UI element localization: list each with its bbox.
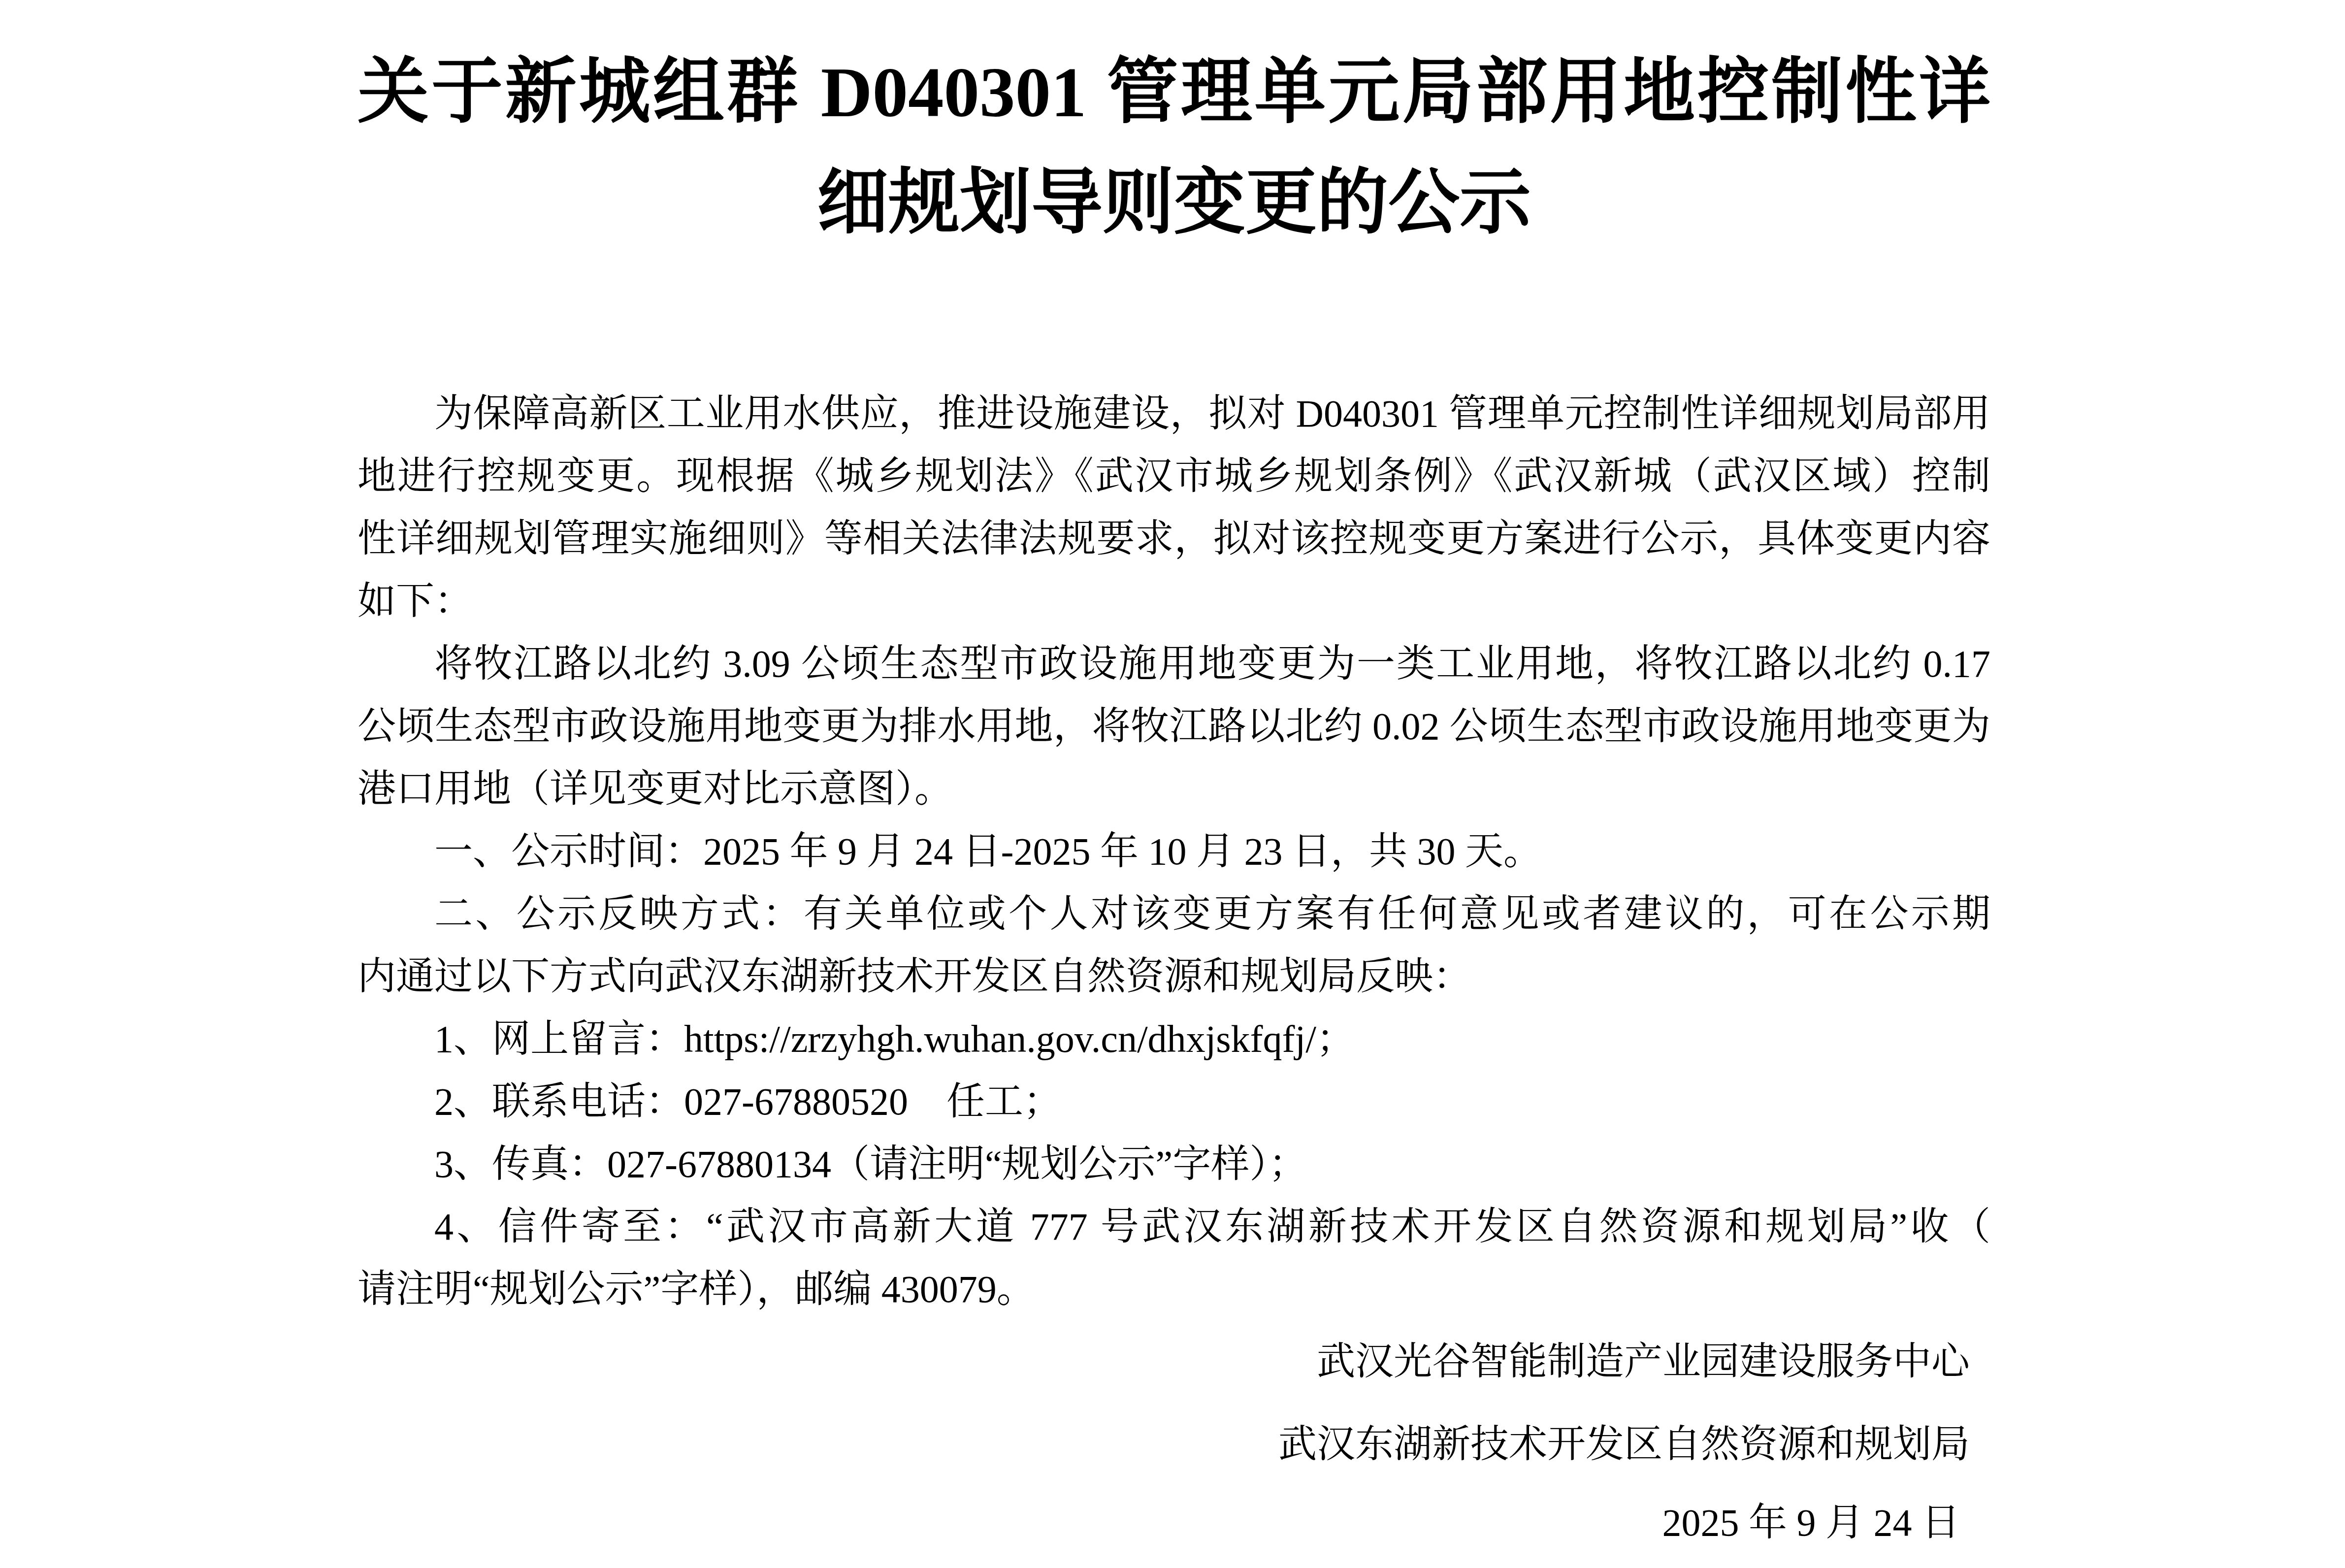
document-title: 关于新城组群 D040301 管理单元局部用地控制性详 细规划导则变更的公示 — [358, 0, 1990, 259]
body-line-11-online-message-url: 1、网上留言：https://zrzyhgh.wuhan.gov.cn/dhxj… — [358, 1008, 1990, 1070]
body-line-6: 公顷生态型市政设施用地变更为排水用地，将牧江路以北约 0.02 公顷生态型市政设… — [358, 695, 1990, 757]
body-line-7: 港口用地（详见变更对比示意图）。 — [358, 757, 1990, 820]
body-line-12-contact-phone: 2、联系电话：027-67880520 任工； — [358, 1070, 1990, 1133]
document-content: 关于新城组群 D040301 管理单元局部用地控制性详 细规划导则变更的公示 为… — [358, 0, 1990, 1560]
body-line-13-fax-number: 3、传真：027-67880134（请注明“规划公示”字样）； — [358, 1133, 1990, 1195]
document-title-line-1: 关于新城组群 D040301 管理单元局部用地控制性详 — [358, 37, 1990, 148]
body-line-15-postal-code: 请注明“规划公示”字样），邮编 430079。 — [358, 1258, 1990, 1320]
body-line-2: 地进行控规变更。现根据《城乡规划法》《武汉市城乡规划条例》《武汉新城（武汉区域）… — [358, 445, 1990, 507]
document-title-line-2: 细规划导则变更的公示 — [358, 148, 1990, 259]
signature-block: 武汉光谷智能制造产业园建设服务中心 武汉东湖新技术开发区自然资源和规划局 202… — [358, 1320, 1990, 1560]
body-line-1: 为保障高新区工业用水供应，推进设施建设，拟对 D040301 管理单元控制性详细… — [358, 382, 1990, 445]
notice-document-page: 关于新城组群 D040301 管理单元局部用地控制性详 细规划导则变更的公示 为… — [0, 0, 2345, 1568]
signature-line-1: 武汉光谷智能制造产业园建设服务中心 — [358, 1320, 1990, 1403]
body-line-9: 二、公示反映方式：有关单位或个人对该变更方案有任何意见或者建议的，可在公示期 — [358, 882, 1990, 945]
body-line-14-mail-address: 4、信件寄至：“武汉市高新大道 777 号武汉东湖新技术开发区自然资源和规划局”… — [358, 1195, 1990, 1258]
signature-line-2: 武汉东湖新技术开发区自然资源和规划局 — [358, 1403, 1990, 1486]
body-line-3: 性详细规划管理实施细则》等相关法律法规要求，拟对该控规变更方案进行公示，具体变更… — [358, 507, 1990, 570]
document-body: 为保障高新区工业用水供应，推进设施建设，拟对 D040301 管理单元控制性详细… — [358, 382, 1990, 1320]
body-line-5: 将牧江路以北约 3.09 公顷生态型市政设施用地变更为一类工业用地，将牧江路以北… — [358, 632, 1990, 695]
body-line-10: 内通过以下方式向武汉东湖新技术开发区自然资源和规划局反映： — [358, 945, 1990, 1008]
body-line-8-publicity-period: 一、公示时间：2025 年 9 月 24 日-2025 年 10 月 23 日，… — [358, 820, 1990, 882]
date-line: 2025 年 9 月 24 日 — [358, 1486, 1990, 1560]
body-line-4: 如下： — [358, 570, 1990, 632]
